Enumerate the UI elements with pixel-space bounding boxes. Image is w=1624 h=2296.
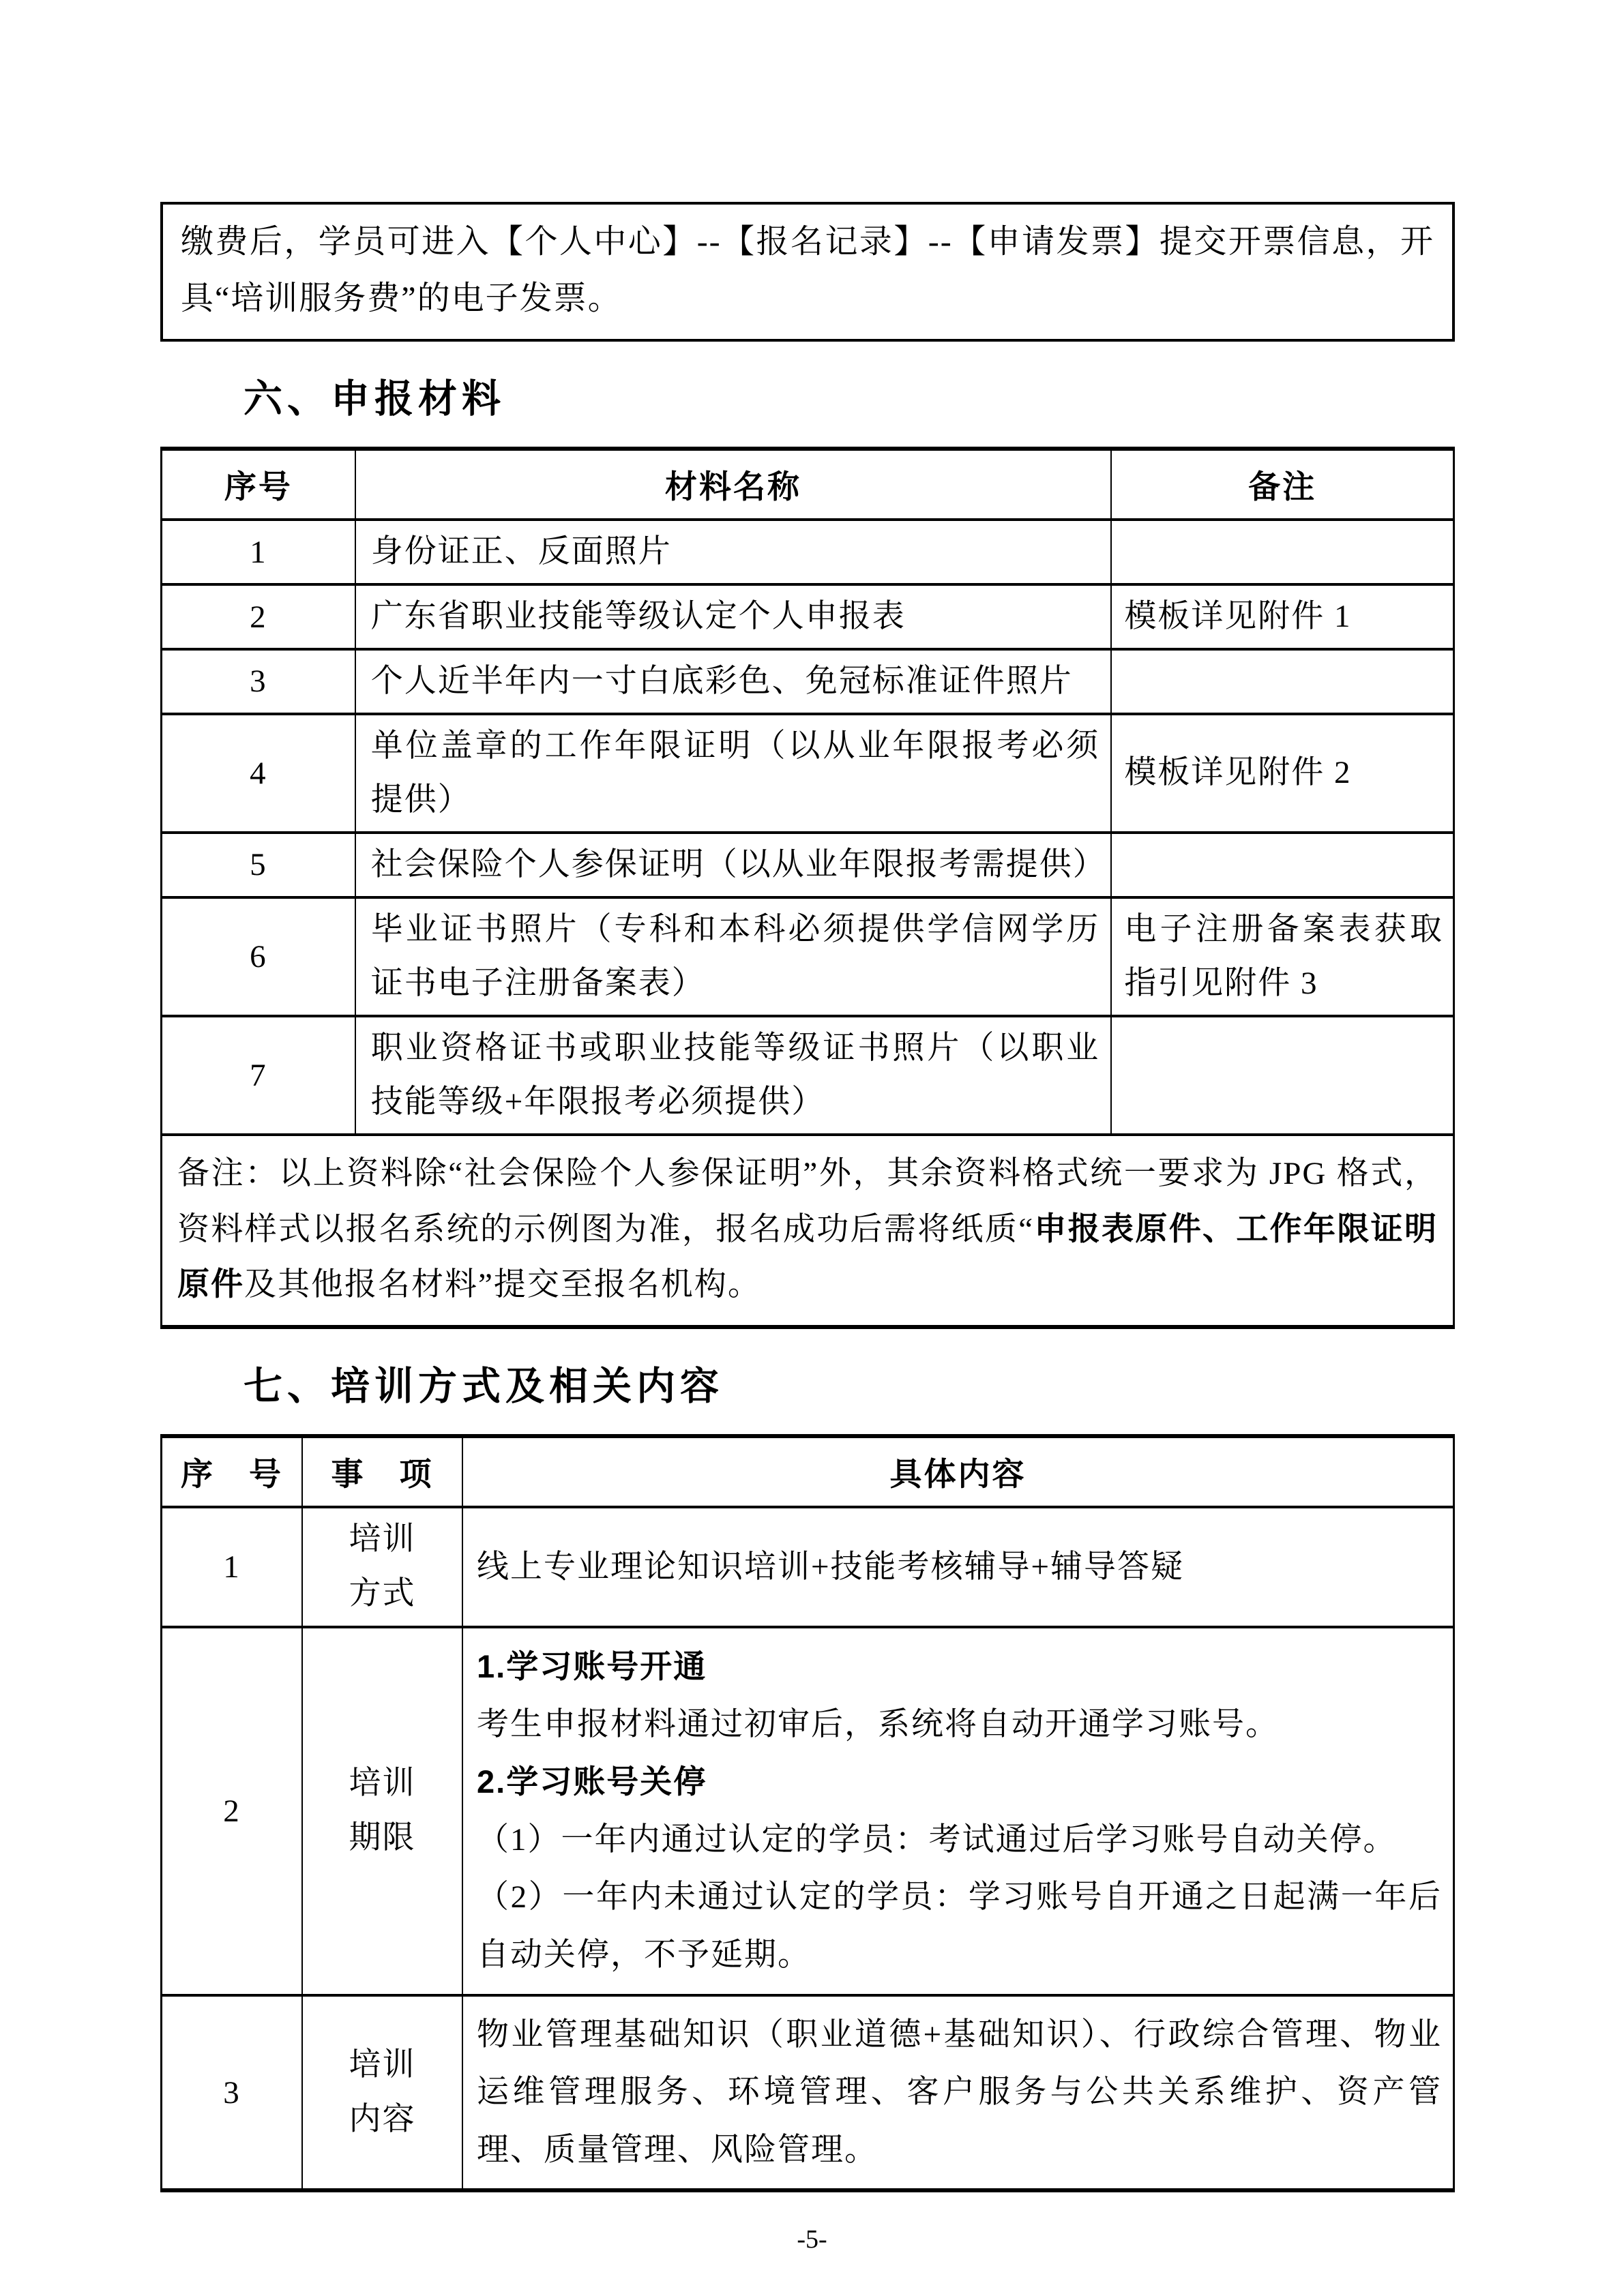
remark-cell: [1111, 1016, 1453, 1135]
remark-cell: 模板详见附件 1: [1111, 584, 1453, 649]
remark-cell: 模板详见附件 2: [1111, 714, 1453, 833]
materials-header-row: 序号材料名称备注: [162, 449, 1454, 520]
table-row: 2广东省职业技能等级认定个人申报表模板详见附件 1: [162, 584, 1454, 649]
table-row: 1培训方式线上专业理论知识培训+技能考核辅导+辅导答疑: [162, 1507, 1454, 1627]
page-content: 缴费后，学员可进入【个人中心】--【报名记录】--【申请发票】提交开票信息，开具…: [160, 0, 1455, 2199]
material-name-cell: 广东省职业技能等级认定个人申报表: [355, 584, 1112, 649]
page-number: -5-: [0, 2224, 1624, 2254]
table-row: 1身份证正、反面照片: [162, 520, 1454, 584]
row-number-cell: 3: [162, 1995, 303, 2191]
material-name-cell: 身份证正、反面照片: [355, 520, 1112, 584]
materials-header-cell: 备注: [1111, 449, 1453, 520]
material-name-cell: 单位盖章的工作年限证明（以从业年限报考必须提供）: [355, 714, 1112, 833]
content-line: 物业管理基础知识（职业道德+基础知识）、行政综合管理、物业运维管理服务、环境管理…: [477, 2006, 1442, 2179]
training-table-header: 序 号事 项具体内容: [162, 1436, 1454, 1507]
material-name-cell: 毕业证书照片（专科和本科必须提供学信网学历证书电子注册备案表）: [355, 897, 1112, 1016]
table-row: 3培训内容物业管理基础知识（职业道德+基础知识）、行政综合管理、物业运维管理服务…: [162, 1995, 1454, 2191]
item-line: 内容: [306, 2093, 459, 2147]
note-text-suffix: 及其他报名材料”提交至报名机构。: [244, 1267, 761, 1302]
training-header-row: 序 号事 项具体内容: [162, 1436, 1454, 1507]
document-page: 缴费后，学员可进入【个人中心】--【报名记录】--【申请发票】提交开票信息，开具…: [0, 0, 1624, 2296]
training-table-body: 1培训方式线上专业理论知识培训+技能考核辅导+辅导答疑2培训期限1.学习账号开通…: [162, 1507, 1454, 2190]
row-number-cell: 1: [162, 1507, 303, 1627]
materials-note-row: 备注：以上资料除“社会保险个人参保证明”外，其余资料格式统一要求为 JPG 格式…: [162, 1135, 1454, 1328]
content-cell: 物业管理基础知识（职业道德+基础知识）、行政综合管理、物业运维管理服务、环境管理…: [462, 1995, 1453, 2191]
content-line: （2）一年内未通过认定的学员：学习账号自开通之日起满一年后自动关停，不予延期。: [477, 1868, 1442, 1984]
row-number-cell: 1: [162, 520, 355, 584]
row-number-cell: 5: [162, 833, 355, 897]
remark-cell: [1111, 520, 1453, 584]
content-cell: 线上专业理论知识培训+技能考核辅导+辅导答疑: [462, 1507, 1453, 1627]
section7-heading: 七、培训方式及相关内容: [160, 1355, 1455, 1411]
materials-header-cell: 材料名称: [355, 449, 1112, 520]
row-number-cell: 4: [162, 714, 355, 833]
training-header-cell: 具体内容: [462, 1436, 1453, 1507]
material-name-cell: 社会保险个人参保证明（以从业年限报考需提供）: [355, 833, 1112, 897]
materials-table: 序号材料名称备注 1身份证正、反面照片2广东省职业技能等级认定个人申报表模板详见…: [160, 447, 1455, 1329]
materials-header-cell: 序号: [162, 449, 355, 520]
section6-heading: 六、申报材料: [160, 368, 1455, 423]
content-line: 考生申报材料通过初审后，系统将自动开通学习账号。: [477, 1696, 1442, 1754]
row-number-cell: 6: [162, 897, 355, 1016]
remark-cell: [1111, 833, 1453, 897]
row-number-cell: 2: [162, 584, 355, 649]
content-subheading: 1.学习账号开通: [477, 1638, 1442, 1696]
remark-cell: 电子注册备案表获取指引见附件 3: [1111, 897, 1453, 1016]
item-cell: 培训内容: [302, 1995, 462, 2191]
material-name-cell: 职业资格证书或职业技能等级证书照片（以职业技能等级+年限报考必须提供）: [355, 1016, 1112, 1135]
item-line: 培训: [306, 1512, 459, 1567]
item-line: 方式: [306, 1567, 459, 1622]
row-number-cell: 3: [162, 649, 355, 714]
table-row: 5社会保险个人参保证明（以从业年限报考需提供）: [162, 833, 1454, 897]
content-subheading: 2.学习账号关停: [477, 1753, 1442, 1811]
content-cell: 1.学习账号开通考生申报材料通过初审后，系统将自动开通学习账号。2.学习账号关停…: [462, 1627, 1453, 1995]
item-line: 期限: [306, 1811, 459, 1866]
table-row: 3个人近半年内一寸白底彩色、免冠标准证件照片: [162, 649, 1454, 714]
content-line: 线上专业理论知识培训+技能考核辅导+辅导答疑: [477, 1538, 1442, 1596]
row-number-cell: 7: [162, 1016, 355, 1135]
notice-box: 缴费后，学员可进入【个人中心】--【报名记录】--【申请发票】提交开票信息，开具…: [160, 202, 1455, 342]
content-line: （1）一年内通过认定的学员：考试通过后学习账号自动关停。: [477, 1811, 1442, 1869]
item-cell: 培训方式: [302, 1507, 462, 1627]
materials-table-footer: 备注：以上资料除“社会保险个人参保证明”外，其余资料格式统一要求为 JPG 格式…: [162, 1135, 1454, 1328]
remark-cell: [1111, 649, 1453, 714]
table-row: 4单位盖章的工作年限证明（以从业年限报考必须提供）模板详见附件 2: [162, 714, 1454, 833]
training-header-cell: 序 号: [162, 1436, 303, 1507]
training-table: 序 号事 项具体内容 1培训方式线上专业理论知识培训+技能考核辅导+辅导答疑2培…: [160, 1434, 1455, 2192]
item-line: 培训: [306, 2038, 459, 2093]
table-row: 6毕业证书照片（专科和本科必须提供学信网学历证书电子注册备案表）电子注册备案表获…: [162, 897, 1454, 1016]
table-row: 2培训期限1.学习账号开通考生申报材料通过初审后，系统将自动开通学习账号。2.学…: [162, 1627, 1454, 1995]
item-line: 培训: [306, 1757, 459, 1811]
materials-note-cell: 备注：以上资料除“社会保险个人参保证明”外，其余资料格式统一要求为 JPG 格式…: [162, 1135, 1454, 1328]
table-row: 7职业资格证书或职业技能等级证书照片（以职业技能等级+年限报考必须提供）: [162, 1016, 1454, 1135]
notice-text: 缴费后，学员可进入【个人中心】--【报名记录】--【申请发票】提交开票信息，开具…: [181, 214, 1434, 327]
materials-table-header: 序号材料名称备注: [162, 449, 1454, 520]
material-name-cell: 个人近半年内一寸白底彩色、免冠标准证件照片: [355, 649, 1112, 714]
training-header-cell: 事 项: [302, 1436, 462, 1507]
materials-table-body: 1身份证正、反面照片2广东省职业技能等级认定个人申报表模板详见附件 13个人近半…: [162, 520, 1454, 1135]
item-cell: 培训期限: [302, 1627, 462, 1995]
row-number-cell: 2: [162, 1627, 303, 1995]
